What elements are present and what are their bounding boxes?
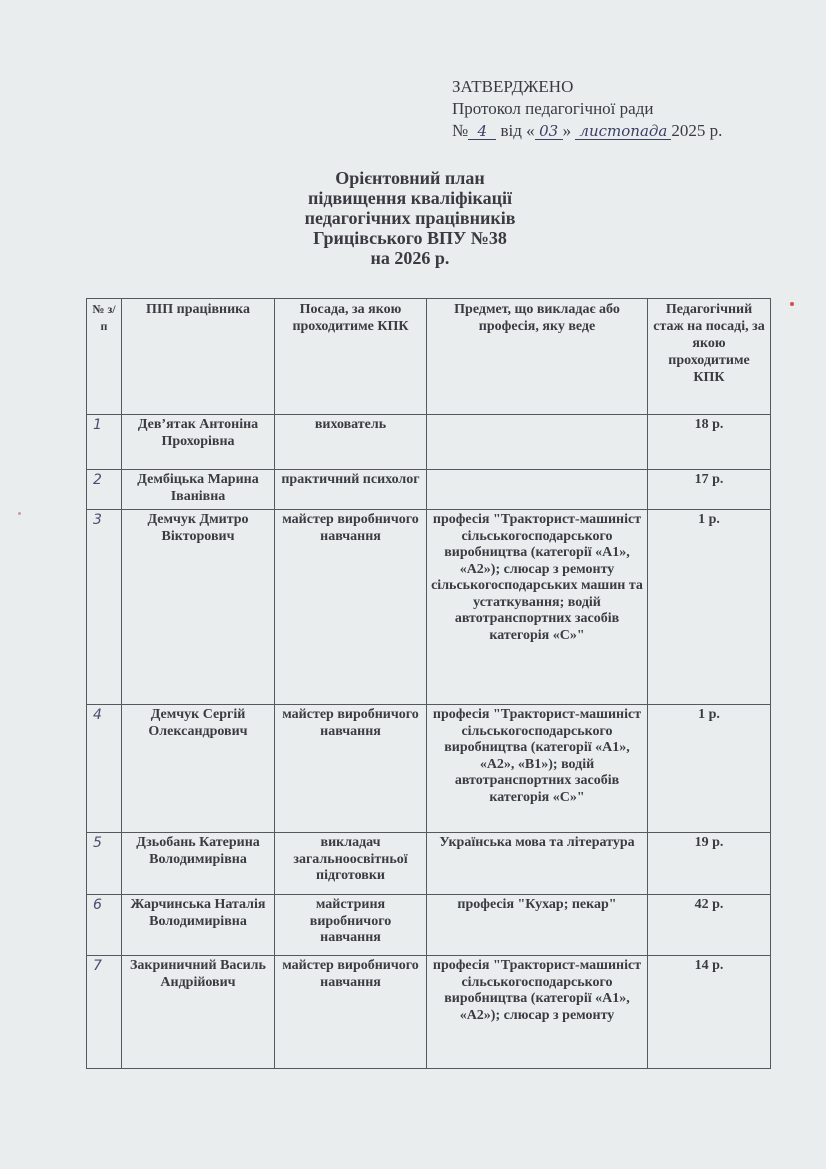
training-plan-table: № з/п ПІП працівника Посада, за якою про…	[86, 298, 771, 1069]
employee-name: Дев’ятак Антоніна Прохорівна	[122, 415, 275, 470]
employee-name: Жарчинська Наталія Володимирівна	[122, 895, 275, 956]
protocol-day: 03	[535, 123, 563, 140]
employee-position: майстер виробничого навчання	[275, 705, 427, 833]
row-number: 4	[87, 705, 122, 833]
table-row: 2Дембіцька Марина Іванівнапрактичний пси…	[87, 470, 771, 510]
table-header-row: № з/п ПІП працівника Посада, за якою про…	[87, 299, 771, 415]
header-position: Посада, за якою проходитиме КПК	[275, 299, 427, 415]
title-line: Грицівського ВПУ №38	[290, 228, 530, 248]
employee-subject: професія "Тракторист-машиніст сільського…	[427, 510, 648, 705]
employee-name: Дзьобань Катерина Володимирівна	[122, 833, 275, 895]
employee-position: викладач загальноосвітньої підготовки	[275, 833, 427, 895]
employee-position: майстриня виробничого навчання	[275, 895, 427, 956]
employee-experience: 17 р.	[648, 470, 771, 510]
employee-subject	[427, 415, 648, 470]
employee-subject	[427, 470, 648, 510]
employee-subject: професія "Тракторист-машиніст сільського…	[427, 956, 648, 1069]
row-number: 3	[87, 510, 122, 705]
protocol-year: 2025 р.	[671, 121, 722, 140]
number-prefix: №	[452, 121, 468, 140]
employee-experience: 1 р.	[648, 705, 771, 833]
employee-subject: професія "Кухар; пекар"	[427, 895, 648, 956]
quote-close: »	[563, 121, 572, 140]
title-line: підвищення кваліфікації	[290, 188, 530, 208]
protocol-month: листопада	[575, 123, 671, 140]
quote-open: «	[526, 121, 535, 140]
employee-position: майстер виробничого навчання	[275, 956, 427, 1069]
employee-name: Демчук Дмитро Вікторович	[122, 510, 275, 705]
protocol-number: 4	[468, 123, 496, 140]
employee-experience: 42 р.	[648, 895, 771, 956]
from-label: від	[500, 121, 521, 140]
approval-protocol: Протокол педагогічної ради	[452, 98, 722, 120]
header-name: ПІП працівника	[122, 299, 275, 415]
employee-subject: Українська мова та література	[427, 833, 648, 895]
employee-name: Дембіцька Марина Іванівна	[122, 470, 275, 510]
table-row: 5Дзьобань Катерина Володимирівнавикладач…	[87, 833, 771, 895]
row-number: 1	[87, 415, 122, 470]
employee-name: Закриничний Василь Андрійович	[122, 956, 275, 1069]
employee-position: вихователь	[275, 415, 427, 470]
employee-experience: 19 р.	[648, 833, 771, 895]
row-number: 5	[87, 833, 122, 895]
scan-speck	[790, 302, 794, 306]
employee-position: практичний психолог	[275, 470, 427, 510]
title-line: Орієнтовний план	[290, 168, 530, 188]
row-number: 7	[87, 956, 122, 1069]
row-number: 6	[87, 895, 122, 956]
employee-position: майстер виробничого навчання	[275, 510, 427, 705]
scan-speck	[18, 512, 21, 515]
header-number: № з/п	[87, 299, 122, 415]
table-row: 3Демчук Дмитро Вікторовичмайстер виробни…	[87, 510, 771, 705]
table-row: 6Жарчинська Наталія Володимирівнамайстри…	[87, 895, 771, 956]
table-row: 1Дев’ятак Антоніна Прохорівнавихователь1…	[87, 415, 771, 470]
employee-experience: 18 р.	[648, 415, 771, 470]
employee-experience: 1 р.	[648, 510, 771, 705]
header-experience: Педагогічний стаж на посаді, за якою про…	[648, 299, 771, 415]
title-line: педагогічних працівників	[290, 208, 530, 228]
row-number: 2	[87, 470, 122, 510]
employee-subject: професія "Тракторист-машиніст сільського…	[427, 705, 648, 833]
header-subject: Предмет, що викладає або професія, яку в…	[427, 299, 648, 415]
document-title: Орієнтовний план підвищення кваліфікації…	[290, 168, 530, 268]
employee-name: Демчук Сергій Олександрович	[122, 705, 275, 833]
approval-block: ЗАТВЕРДЖЕНО Протокол педагогічної ради №…	[452, 76, 722, 142]
approval-stamp: ЗАТВЕРДЖЕНО	[452, 76, 722, 98]
employee-experience: 14 р.	[648, 956, 771, 1069]
table-row: 4Демчук Сергій Олександровичмайстер виро…	[87, 705, 771, 833]
table-row: 7Закриничний Василь Андрійовичмайстер ви…	[87, 956, 771, 1069]
approval-date-line: №4 від «03» листопада2025 р.	[452, 120, 722, 142]
title-line: на 2026 р.	[290, 248, 530, 268]
